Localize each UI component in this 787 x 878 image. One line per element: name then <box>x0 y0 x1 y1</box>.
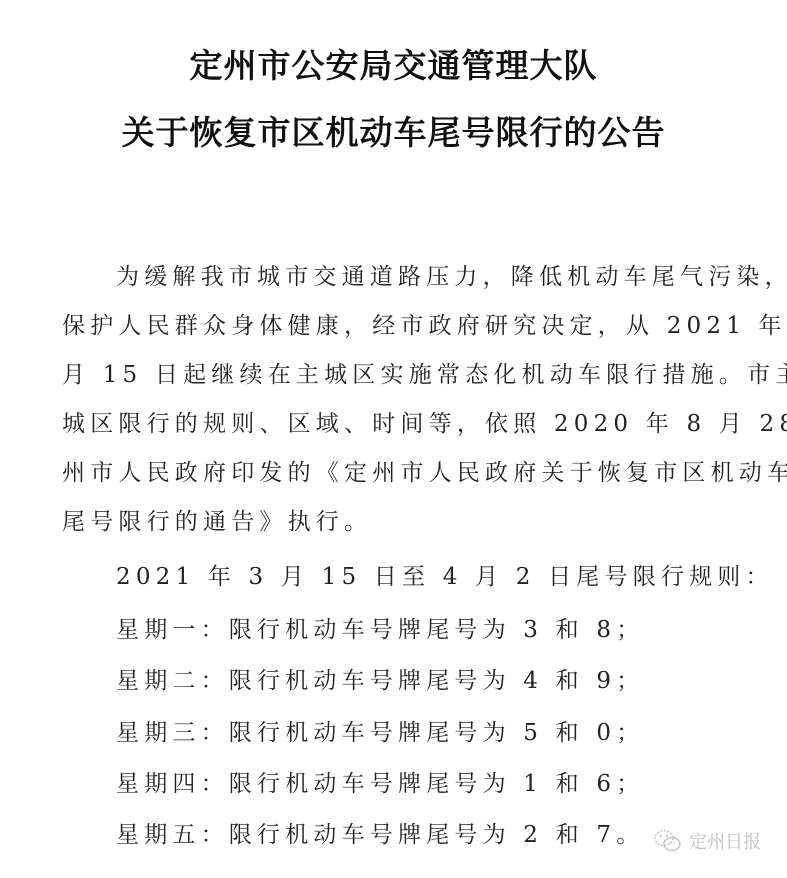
rule-tuesday: 星期二：限行机动车号牌尾号为 4 和 9； <box>116 666 644 696</box>
body-paragraph-line: 月 15 日起继续在主城区实施常态化机动车限行措施。市主 <box>62 360 787 390</box>
rule-thursday: 星期四：限行机动车号牌尾号为 1 和 6； <box>116 769 644 799</box>
wechat-icon <box>653 828 683 854</box>
body-paragraph-line: 城区限行的规则、区域、时间等，依照 2020 年 8 月 28 日定 <box>62 409 787 439</box>
body-paragraph-line: 保护人民群众身体健康，经市政府研究决定，从 2021 年 3 <box>62 311 787 341</box>
body-paragraph-line: 尾号限行的通告》执行。 <box>62 507 372 537</box>
rule-monday: 星期一：限行机动车号牌尾号为 3 和 8； <box>116 615 644 645</box>
rule-friday: 星期五：限行机动车号牌尾号为 2 和 7。 <box>116 820 644 850</box>
body-paragraph-line: 州市人民政府印发的《定州市人民政府关于恢复市区机动车 <box>62 458 787 488</box>
document-title-line-1: 定州市公安局交通管理大队 <box>0 46 787 86</box>
watermark-label: 定州日报 <box>689 828 761 854</box>
document-title-line-2: 关于恢复市区机动车尾号限行的公告 <box>0 113 787 153</box>
body-paragraph-line: 为缓解我市城市交通道路压力，降低机动车尾气污染， <box>116 262 787 292</box>
rules-heading: 2021 年 3 月 15 日至 4 月 2 日尾号限行规则： <box>116 562 774 592</box>
source-watermark: 定州日报 <box>653 828 761 854</box>
rule-wednesday: 星期三：限行机动车号牌尾号为 5 和 0； <box>116 718 644 748</box>
